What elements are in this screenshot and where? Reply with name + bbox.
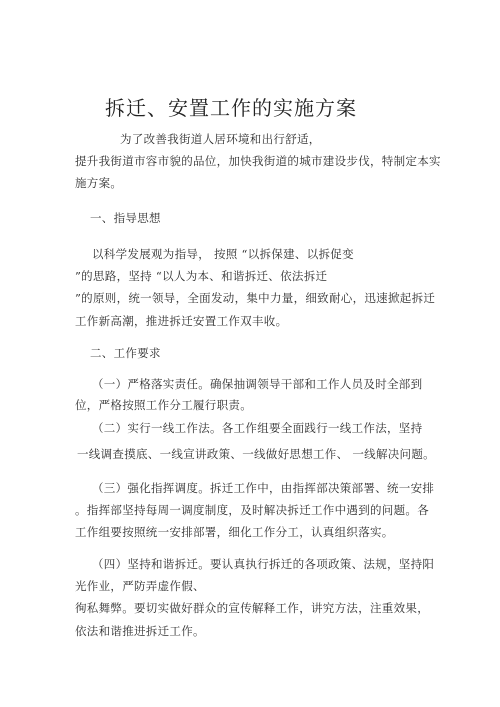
intro-line-1: 为了改善我街道人居环境和出行舒适，	[120, 131, 321, 147]
document-page: 拆迁、安置工作的实施方案 为了改善我街道人居环境和出行舒适， 提升我街道市容市貌…	[0, 0, 500, 707]
item3-line-2: 。指挥部坚持每周一调度制度，及时解决拆迁工作中遇到的问题。各	[75, 502, 429, 518]
section1-line-2: ”的思路，坚持 “以人为本、和谐拆迁、依法拆迁	[75, 268, 327, 284]
section1-line-4: 工作新高潮，推进拆迁安置工作双丰收。	[75, 313, 287, 329]
section1-line-3: ”的原则，统一领导，全面发动，集中力量，细致耐心，迅速掀起拆迁	[75, 290, 435, 306]
item1-line-2: 位，严格按照工作分工履行职责。	[75, 397, 252, 413]
item2-line-2: 一线调查摸底、一线宣讲政策、一线做好思想工作、 一线解决问题。	[77, 446, 435, 462]
item4-line-4: 依法和谐推进拆迁工作。	[75, 623, 205, 639]
item4-line-1: （四）坚持和谐拆迁。要认真执行拆迁的各项政策、法规，坚持阳	[92, 556, 434, 572]
item3-line-3: 工作组要按照统一安排部署，细化工作分工，认真组织落实。	[75, 524, 394, 540]
item3-line-1: （三）强化指挥调度。拆迁工作中，由指挥部决策部署、统一安排	[92, 480, 434, 496]
section1-heading: 一、指导思想	[90, 210, 161, 226]
section1-line-1: 以科学发展观为指导， 按照 “以拆保建、以拆促变	[92, 246, 354, 262]
intro-line-2: 提升我街道市容市貌的品位，加快我街道的城市建设步伐，特制定本实	[75, 153, 441, 169]
item4-line-3: 徇私舞弊。要切实做好群众的宣传解释工作，讲究方法，注重效果，	[75, 600, 429, 616]
intro-line-3: 施方案。	[75, 175, 122, 191]
item1-line-1: （一）严格落实责任。确保抽调领导干部和工作人员及时全部到	[92, 376, 422, 392]
document-title: 拆迁、安置工作的实施方案	[105, 92, 357, 121]
item4-line-2: 光作业，严防弄虚作假、	[75, 578, 205, 594]
section2-heading: 二、工作要求	[90, 345, 161, 361]
item2-line-1: （二）实行一线工作法。各工作组要全面践行一线工作法，坚持	[92, 420, 422, 436]
